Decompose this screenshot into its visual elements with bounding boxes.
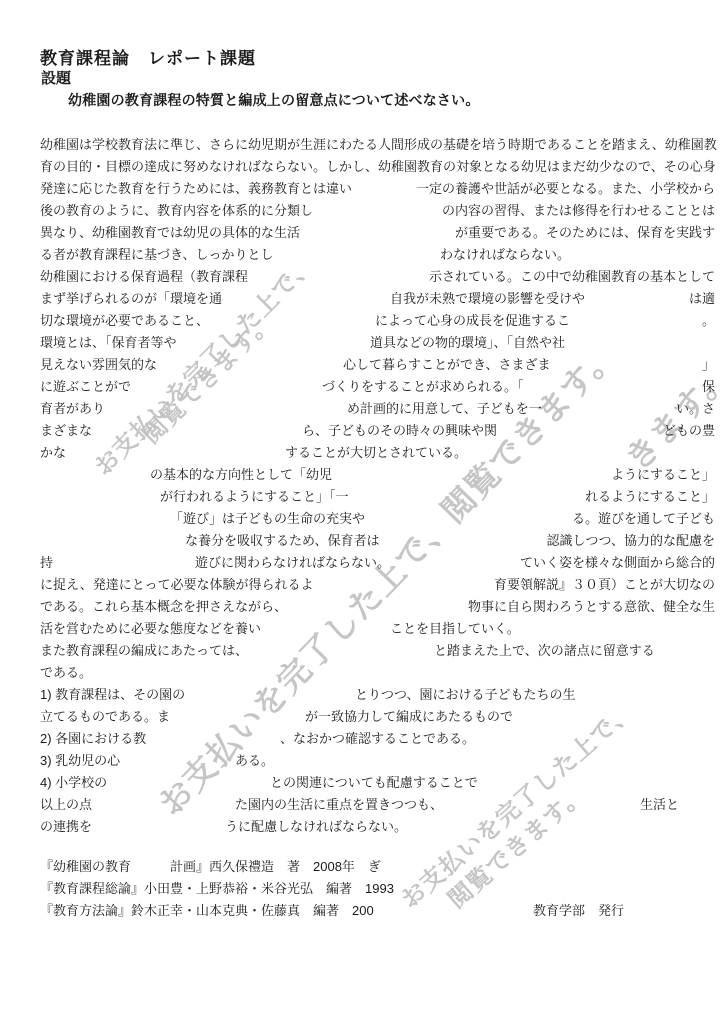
body-line: な養分を吸収するため、保育者は認識しつつ、協力的な配慮を: [40, 530, 715, 552]
doc-title: 教育課程論 レポート課題: [40, 44, 256, 69]
body-line: である。これら基本概念を押さえながら、物事に自ら関わろうとする意欲、健全な生: [40, 596, 715, 618]
text-segment: まず挙げられるのが「環境を通: [40, 290, 222, 308]
text-segment: によって心身の成長を促進するこ: [375, 312, 570, 330]
body-line: 見えない雰囲気的な心して暮らすことができ、さまざま」: [40, 354, 715, 376]
text-segment: の連携を: [40, 818, 92, 836]
body-line: 育者がありめ計画的に用意して、子どもを一い。さ: [40, 398, 715, 420]
body-line: 持遊びに関わらなければならない。ていく姿を様々な側面から総合的: [40, 552, 715, 574]
body-line: また教育課程の編成にあたっては、と踏まえた上で、次の諸点に留意する: [40, 640, 715, 662]
text-segment: 4) 小学校の: [40, 774, 107, 792]
text-segment: 2) 各園における教: [40, 730, 146, 748]
text-segment: 保: [702, 378, 715, 396]
text-segment: が一致協力して編成にあたるもので: [305, 708, 513, 726]
reference-line: 『幼稚園の教育計画』西久保禮造 著 2008年 ぎ: [40, 856, 715, 878]
text-segment: 3) 乳幼児の心: [40, 752, 120, 770]
body-line: の基本的な方向性として「幼児ようにすること」: [40, 464, 715, 486]
body-line: 1) 教育課程は、その園のとりつつ、園における子どもたちの生: [40, 684, 715, 706]
body-line: る者が教育課程に基づき、しっかりとしわなければならない。: [40, 244, 715, 266]
text-segment: 発達に応じた教育を行うためには、義務教育とは違い: [40, 180, 352, 198]
text-segment: 幼稚園における保育過程（教育課程: [40, 268, 248, 286]
body-line: 4) 小学校のとの関連についても配慮することで: [40, 772, 715, 794]
text-segment: である。: [40, 664, 92, 682]
text-segment: た園内の生活に重点を置きつつも、: [235, 796, 443, 814]
text-segment: が重要である。そのためには、保育を実践す: [455, 224, 715, 242]
text-segment: 「遊び」は子どもの生命の充実や: [170, 510, 365, 528]
text-segment: 持: [40, 554, 53, 572]
text-segment: ていく姿を様々な側面から総合的: [520, 554, 715, 572]
text-segment: 示されている。この中で幼稚園教育の基本として: [429, 268, 715, 286]
text-segment: 育者があり: [40, 400, 105, 418]
text-segment: との関連についても配慮することで: [270, 774, 478, 792]
text-segment: 、なおかつ確認することである。: [280, 730, 475, 748]
text-segment: る。遊びを通して子ども: [572, 510, 715, 528]
text-segment: 『幼稚園の教育: [40, 858, 131, 876]
text-segment: 幼稚園は学校教育法に準じ、さらに幼児期が生涯にわたる人間形成の基礎を培う時期であ…: [40, 136, 717, 154]
body-line: 環境とは、「保育者等や道具などの物的環境」、「自然や社: [40, 332, 715, 354]
text-segment: 活を営むために必要な態度などを養い: [40, 620, 261, 638]
text-segment: 自我が未熟で環境の影響を受けや: [390, 290, 585, 308]
text-segment: 育の目的・目標の達成に努めなければならない。しかし、幼稚園教育の対象となる幼児は…: [40, 158, 716, 176]
text-segment: まざまな: [40, 422, 92, 440]
text-segment: づくりをすることが求められる。「: [322, 378, 524, 396]
text-segment: 一定の養護や世話が必要となる。また、小学校から: [416, 180, 715, 198]
body-line: 立てるものである。まが一致協力して編成にあたるもので: [40, 706, 715, 728]
text-segment: 育要領解説』３０頁）ことが大切なの: [494, 576, 715, 594]
text-segment: 環境とは、「保育者等や: [40, 334, 177, 352]
text-segment: れるようにすること」: [585, 488, 715, 506]
reference-line: 『教育方法論』鈴木正幸・山本克典・佐藤真 編著 200教育学部 発行: [40, 900, 715, 922]
body-line: に遊ぶことがでづくりをすることが求められる。「保: [40, 376, 715, 398]
body-line: 「遊び」は子どもの生命の充実やる。遊びを通して子ども: [40, 508, 715, 530]
reference-line: 『教育課程総論』小田豊・上野恭裕・米谷光弘 編著 1993: [40, 878, 715, 900]
document-text-layer: 教育課程論 レポート課題 設題 幼稚園の教育課程の特質と編成上の留意点について述…: [0, 0, 724, 1024]
text-segment: 異なり、幼稚園教育では幼児の具体的な生活: [40, 224, 300, 242]
body-line: が行われるようにすること」「一れるようにすること」: [40, 486, 715, 508]
text-segment: どもの豊: [663, 422, 715, 440]
text-segment: に捉え、発達にとって必要な体験が得られるよ: [40, 576, 314, 594]
text-segment: また教育課程の編成にあたっては、: [40, 642, 248, 660]
text-segment: な養分を吸収するため、保育者は: [185, 532, 379, 550]
text-segment: ら、子どものその時々の興味や関: [302, 422, 497, 440]
body-line: 幼稚園は学校教育法に準じ、さらに幼児期が生涯にわたる人間形成の基礎を培う時期であ…: [40, 134, 715, 156]
doc-question: 幼稚園の教育課程の特質と編成上の留意点について述べなさい。: [40, 90, 480, 110]
text-segment: は適: [689, 290, 715, 308]
text-segment: 物事に自ら関わろうとする意欲、健全な生: [468, 598, 715, 616]
text-segment: 後の教育のように、教育内容を体系的に分類し: [40, 202, 313, 220]
text-segment: 。: [702, 312, 715, 330]
body-line: 育の目的・目標の達成に努めなければならない。しかし、幼稚園教育の対象となる幼児は…: [40, 156, 715, 178]
body-line: 後の教育のように、教育内容を体系的に分類しの内容の習得、または修得を行わせること…: [40, 200, 715, 222]
text-segment: め計画的に用意して、子どもを一: [347, 400, 542, 418]
text-segment: 『教育方法論』鈴木正幸・山本克典・佐藤真 編著 200: [40, 902, 374, 920]
text-segment: の内容の習得、または修得を行わせることとは: [442, 202, 715, 220]
text-segment: 道具などの物的環境」、「自然や社: [370, 334, 565, 352]
text-segment: い。さ: [676, 400, 715, 418]
body-line: かなすることが大切とされている。: [40, 442, 715, 464]
body-line: 2) 各園における教、なおかつ確認することである。: [40, 728, 715, 750]
body-line: 以上の点た園内の生活に重点を置きつつも、生活と: [40, 794, 715, 816]
text-segment: 切な環境が必要であること、: [40, 312, 209, 330]
text-segment: 心して暮らすことができ、さまざま: [343, 356, 550, 374]
text-segment: ある。: [235, 752, 274, 770]
text-segment: うに配慮しなければならない。: [225, 818, 407, 836]
body-line: 幼稚園における保育過程（教育課程示されている。この中で幼稚園教育の基本として: [40, 266, 715, 288]
text-segment: 『教育課程総論』小田豊・上野恭裕・米谷光弘 編著 1993: [40, 880, 394, 898]
text-segment: わなければならない。: [440, 246, 570, 264]
text-segment: と踏まえた上で、次の諸点に留意する: [434, 642, 655, 660]
text-segment: である。これら基本概念を押さえながら、: [40, 598, 287, 616]
body-line: 異なり、幼稚園教育では幼児の具体的な生活が重要である。そのためには、保育を実践す: [40, 222, 715, 244]
body-line: まず挙げられるのが「環境を通自我が未熟で環境の影響を受けやは適: [40, 288, 715, 310]
text-segment: 遊びに関わらなければならない。: [195, 554, 390, 572]
text-segment: に遊ぶことがで: [40, 378, 131, 396]
text-segment: 立てるものである。ま: [40, 708, 170, 726]
body-line: 活を営むために必要な態度などを養いことを目指していく。: [40, 618, 715, 640]
text-segment: の基本的な方向性として「幼児: [150, 466, 332, 484]
text-segment: ようにすること」: [611, 466, 715, 484]
text-segment: とりつつ、園における子どもたちの生: [355, 686, 575, 704]
text-segment: 生活と: [640, 796, 679, 814]
text-segment: る者が教育課程に基づき、しっかりとし: [40, 246, 273, 264]
body-line: 切な環境が必要であること、によって心身の成長を促進するこ。: [40, 310, 715, 332]
text-segment: 教育学部 発行: [533, 902, 624, 920]
text-segment: 見えない雰囲気的な: [40, 356, 157, 374]
body-line: に捉え、発達にとって必要な体験が得られるよ育要領解説』３０頁）ことが大切なの: [40, 574, 715, 596]
body-line: まざまなら、子どものその時々の興味や関どもの豊: [40, 420, 715, 442]
body-line: の連携をうに配慮しなければならない。: [40, 816, 715, 838]
text-segment: 」: [702, 356, 715, 374]
text-segment: 認識しつつ、協力的な配慮を: [547, 532, 715, 550]
body-line: 3) 乳幼児の心ある。: [40, 750, 715, 772]
text-segment: 1) 教育課程は、その園の: [40, 686, 185, 704]
text-segment: 以上の点: [40, 796, 92, 814]
text-segment: することが大切とされている。: [285, 444, 467, 462]
text-segment: かな: [40, 444, 66, 462]
doc-setsudai-label: 設題: [41, 67, 71, 88]
text-segment: が行われるようにすること」「一: [160, 488, 349, 506]
text-segment: 計画』西久保禮造 著 2008年 ぎ: [170, 858, 381, 876]
text-segment: ことを目指していく。: [390, 620, 520, 638]
body-line: である。: [40, 662, 715, 684]
document-page: お支払いを完了した上で、閲覧できます。お支払いを完了した上で、閲覧できます。きま…: [0, 0, 724, 1024]
body-line: 発達に応じた教育を行うためには、義務教育とは違い一定の養護や世話が必要となる。ま…: [40, 178, 715, 200]
